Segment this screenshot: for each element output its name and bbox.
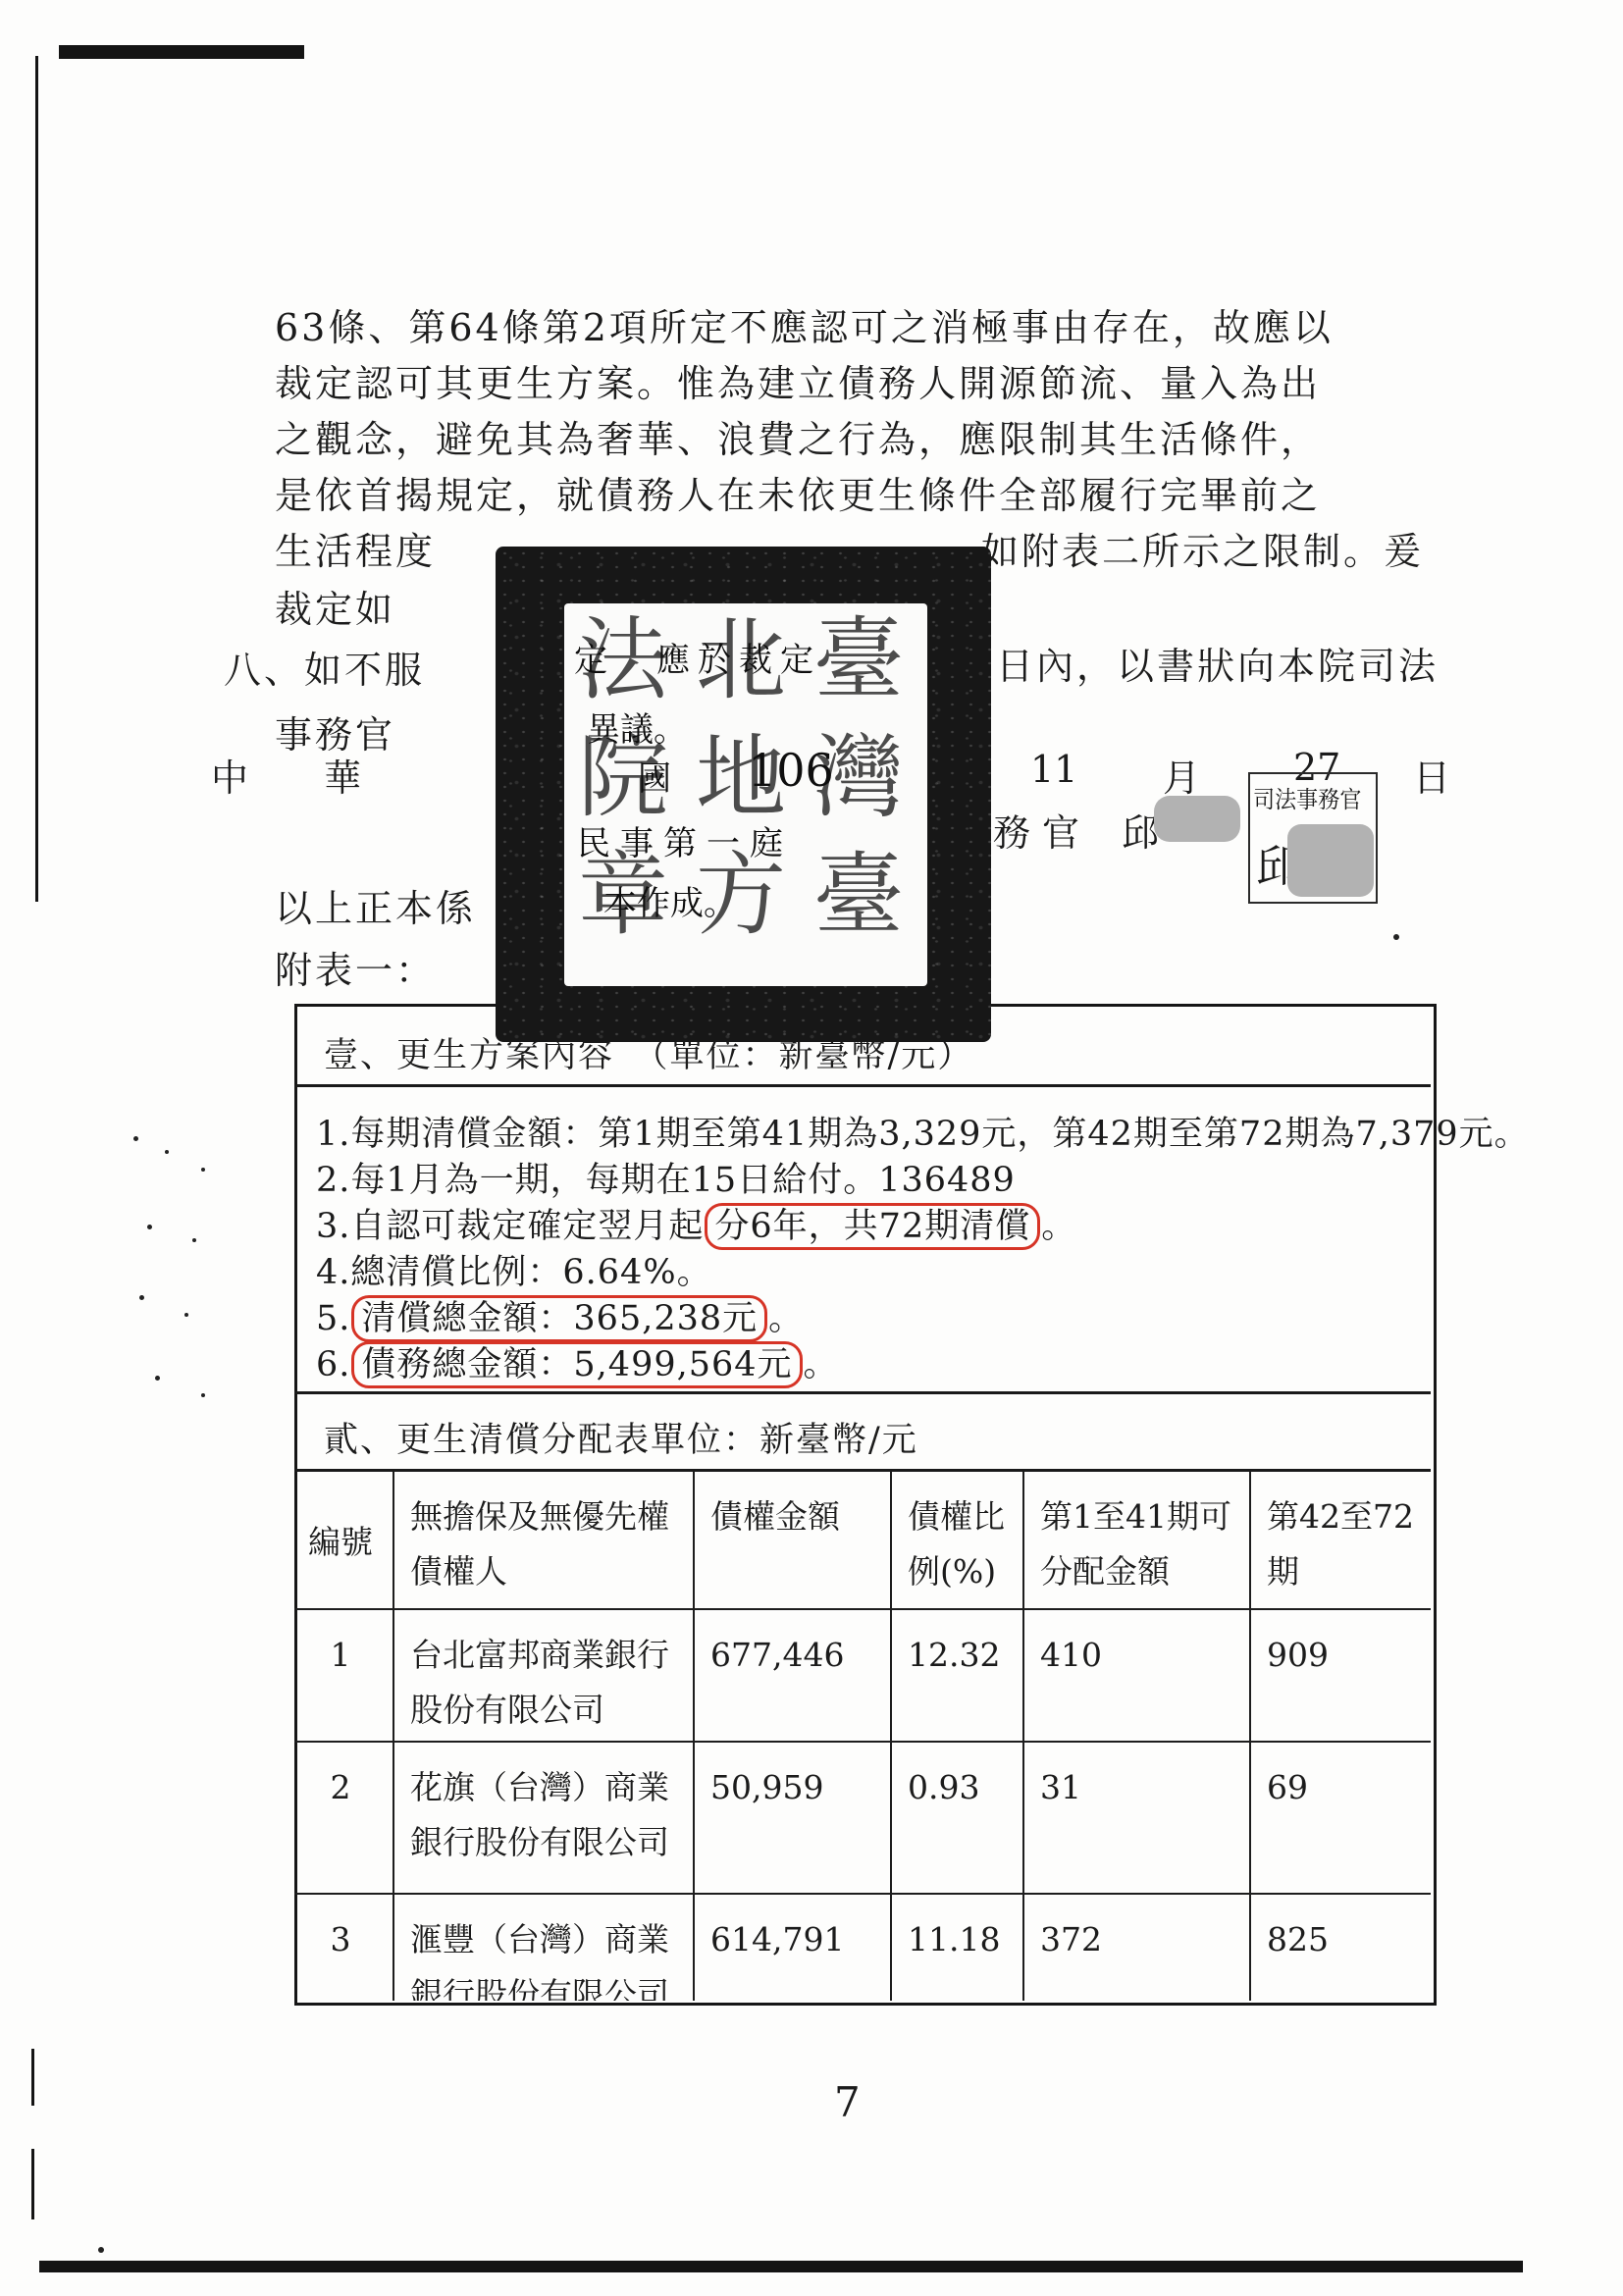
scan-artifact-dot <box>98 2247 104 2253</box>
plan-item-4: 4.總清償比例：6.64%。 <box>316 1245 712 1294</box>
scanned-court-document-page: 63條、第64條第2項所定不應認可之消極事由存在，故應以 裁定認可其更生方案。惟… <box>0 0 1623 2296</box>
stamp-fragment-line1: 定 應於裁定 <box>574 633 821 681</box>
row2-no: 2 <box>294 1743 394 1895</box>
table-rule-above-section2-title <box>294 1391 1431 1394</box>
row1-amount: 677,446 <box>695 1610 892 1743</box>
scan-artifact-dot <box>155 1376 160 1381</box>
col-header-no: 編號 <box>294 1472 394 1610</box>
row1-period1: 410 <box>1024 1610 1251 1743</box>
row1-ratio: 12.32 <box>892 1610 1024 1743</box>
row1-period2: 909 <box>1251 1610 1431 1743</box>
scan-artifact-dot <box>192 1238 196 1242</box>
row2-amount: 50,959 <box>695 1743 892 1895</box>
plan-item-3-suffix: 。 <box>1041 1207 1076 1246</box>
body-line-7-right: 日內，以書狀向本院司法 <box>996 636 1439 690</box>
scan-artifact-tick <box>31 2149 34 2219</box>
row3-amount: 614,791 <box>695 1895 892 2001</box>
scan-artifact-dot <box>165 1150 169 1154</box>
plan-item-5-text: 5. <box>316 1299 350 1338</box>
signature-visible-text: 務官 <box>993 803 1091 857</box>
stamp-fragment-guo: 國 <box>638 752 671 800</box>
row3-period1: 372 <box>1024 1895 1251 2001</box>
plan-item-6: 6.債務總金額：5,499,564元。 <box>316 1337 839 1386</box>
scan-artifact-dot <box>139 1295 144 1300</box>
body-line-7-left: 八、如不服 <box>224 640 425 694</box>
date-char-zhong: 中 <box>211 748 248 802</box>
page-number: 7 <box>834 2078 861 2126</box>
copy-note-left: 以上正本係 <box>275 878 476 932</box>
date-day-label: 日 <box>1413 748 1450 802</box>
scan-artifact-tick <box>31 2049 34 2106</box>
officer-stamp-title: 司法事務官 <box>1253 780 1361 814</box>
stamp-fragment-year: 106 <box>748 744 834 797</box>
date-month-value: 11 <box>1030 748 1077 791</box>
row3-no: 3 <box>294 1895 394 2001</box>
row1-creditor: 台北富邦商業銀行股份有限公司 <box>394 1610 695 1743</box>
red-annotation-circle-repay-total: 清償總金額：365,238元 <box>351 1295 767 1342</box>
col-header-amount: 債權金額 <box>695 1472 892 1610</box>
redaction-box-officer-name <box>1287 824 1374 897</box>
plan-item-4-text: 4.總清償比例：6.64%。 <box>316 1253 712 1292</box>
court-seal-stamp: 臺灣臺 北地方 法院章 <box>496 547 991 1042</box>
row1-no: 1 <box>294 1610 394 1743</box>
col-header-ratio: 債權比例(%) <box>892 1472 1024 1610</box>
table-rule-under-section1-title <box>294 1084 1431 1087</box>
row2-ratio: 0.93 <box>892 1743 1024 1895</box>
date-char-hua: 華 <box>324 748 361 802</box>
scan-artifact-bottom-bar <box>39 2261 1523 2272</box>
plan-item-3: 3.自認可裁定確定翌月起分6年，共72期清償。 <box>316 1199 1076 1248</box>
plan-item-6-suffix: 。 <box>804 1345 839 1384</box>
plan-item-5-suffix: 。 <box>768 1299 804 1338</box>
scan-artifact-dot <box>201 1168 205 1172</box>
body-line-1: 63條、第64條第2項所定不應認可之消極事由存在，故應以 <box>275 297 1334 351</box>
scan-artifact-dot <box>201 1393 205 1397</box>
scan-artifact-dot <box>1393 934 1399 940</box>
body-line-5-left: 生活程度 <box>275 521 436 575</box>
stamp-fragment-copy: 本作成。 <box>603 876 737 924</box>
col-header-period2: 第42至72期可分配金額 <box>1251 1472 1431 1610</box>
red-annotation-circle-term: 分6年，共72期清償 <box>705 1203 1040 1250</box>
distribution-table: 編號 無擔保及無優先權債權人 債權金額 債權比例(%) 第1至41期可分配金額 … <box>294 1469 1431 2001</box>
body-line-2: 裁定認可其更生方案。惟為建立債務人開源節流、量入為出 <box>275 353 1321 407</box>
plan-item-1: 1.每期清償金額：第1期至第41期為3,329元，第42期至第72期為7,379… <box>316 1107 1530 1156</box>
plan-item-3-text: 3.自認可裁定確定翌月起 <box>316 1207 704 1246</box>
row2-creditor: 花旗（台灣）商業銀行股份有限公司 <box>394 1743 695 1895</box>
date-month-label: 月 <box>1163 748 1200 802</box>
scan-artifact-dot <box>133 1136 138 1141</box>
section2-title: 貳、更生清償分配表單位：新臺幣/元 <box>324 1413 918 1462</box>
red-annotation-circle-debt-total: 債務總金額：5,499,564元 <box>351 1341 802 1388</box>
plan-item-2-text: 2.每1月為一期，每期在15日給付。136489 <box>316 1161 1016 1200</box>
row3-creditor: 滙豐（台灣）商業銀行股份有限公司 <box>394 1895 695 2001</box>
stamp-fragment-court: 民事第一庭 <box>577 816 793 864</box>
col-header-period1: 第1至41期可分配金額 <box>1024 1472 1251 1610</box>
attachment-label: 附表一： <box>275 940 436 994</box>
body-line-4: 是依首揭規定，就債務人在未依更生條件全部履行完畢前之 <box>275 465 1321 519</box>
body-line-6: 裁定如 <box>275 579 395 633</box>
plan-item-1-text: 1.每期清償金額：第1期至第41期為3,329元，第42期至第72期為7,379… <box>316 1115 1530 1154</box>
plan-item-2: 2.每1月為一期，每期在15日給付。136489 <box>316 1153 1016 1202</box>
plan-item-5: 5.清償總金額：365,238元。 <box>316 1291 804 1340</box>
scan-artifact-dot <box>184 1313 188 1317</box>
stamp-fragment-line2: 異議。 <box>587 703 687 751</box>
col-header-creditor: 無擔保及無優先權債權人 <box>394 1472 695 1610</box>
body-line-5-right: 如附表二所示之限制。爰 <box>981 521 1424 575</box>
scan-artifact-top-bar <box>59 45 304 59</box>
redaction-box-name <box>1154 796 1240 842</box>
scan-artifact-left-rule <box>35 56 38 902</box>
scan-artifact-dot <box>147 1225 152 1229</box>
row3-period2: 825 <box>1251 1895 1431 2001</box>
row3-ratio: 11.18 <box>892 1895 1024 2001</box>
row2-period1: 31 <box>1024 1743 1251 1895</box>
body-line-3: 之觀念，避免其為奢華、浪費之行為，應限制其生活條件， <box>275 409 1321 463</box>
plan-item-6-text: 6. <box>316 1345 350 1384</box>
row2-period2: 69 <box>1251 1743 1431 1895</box>
